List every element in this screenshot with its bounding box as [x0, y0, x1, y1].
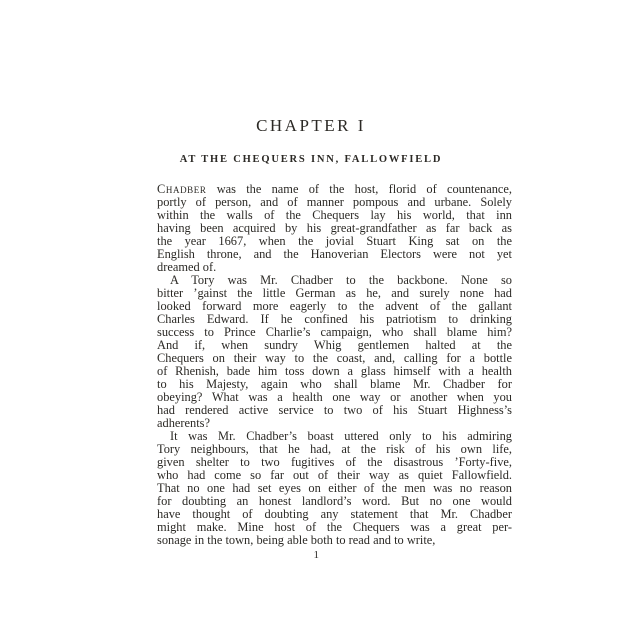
text-line: had rendered active service to two of hi…	[157, 404, 512, 417]
chapter-subtitle: AT THE CHEQUERS INN, FALLOWFIELD	[134, 154, 488, 165]
paragraph: A Tory was Mr. Chadber to the backbone. …	[157, 274, 512, 430]
paragraph: It was Mr. Chadber’s boast uttered only …	[157, 430, 512, 547]
text-line: sonage in the town, being able both to r…	[157, 534, 512, 547]
book-page: CHAPTER I AT THE CHEQUERS INN, FALLOWFIE…	[0, 0, 640, 640]
page-number: 1	[139, 549, 494, 561]
lead-small-caps-word: Chadber	[157, 182, 206, 196]
chapter-heading: CHAPTER I	[134, 116, 488, 136]
body-text: Chadber was the name of the host, florid…	[157, 183, 512, 547]
paragraph: Chadber was the name of the host, florid…	[157, 183, 512, 274]
